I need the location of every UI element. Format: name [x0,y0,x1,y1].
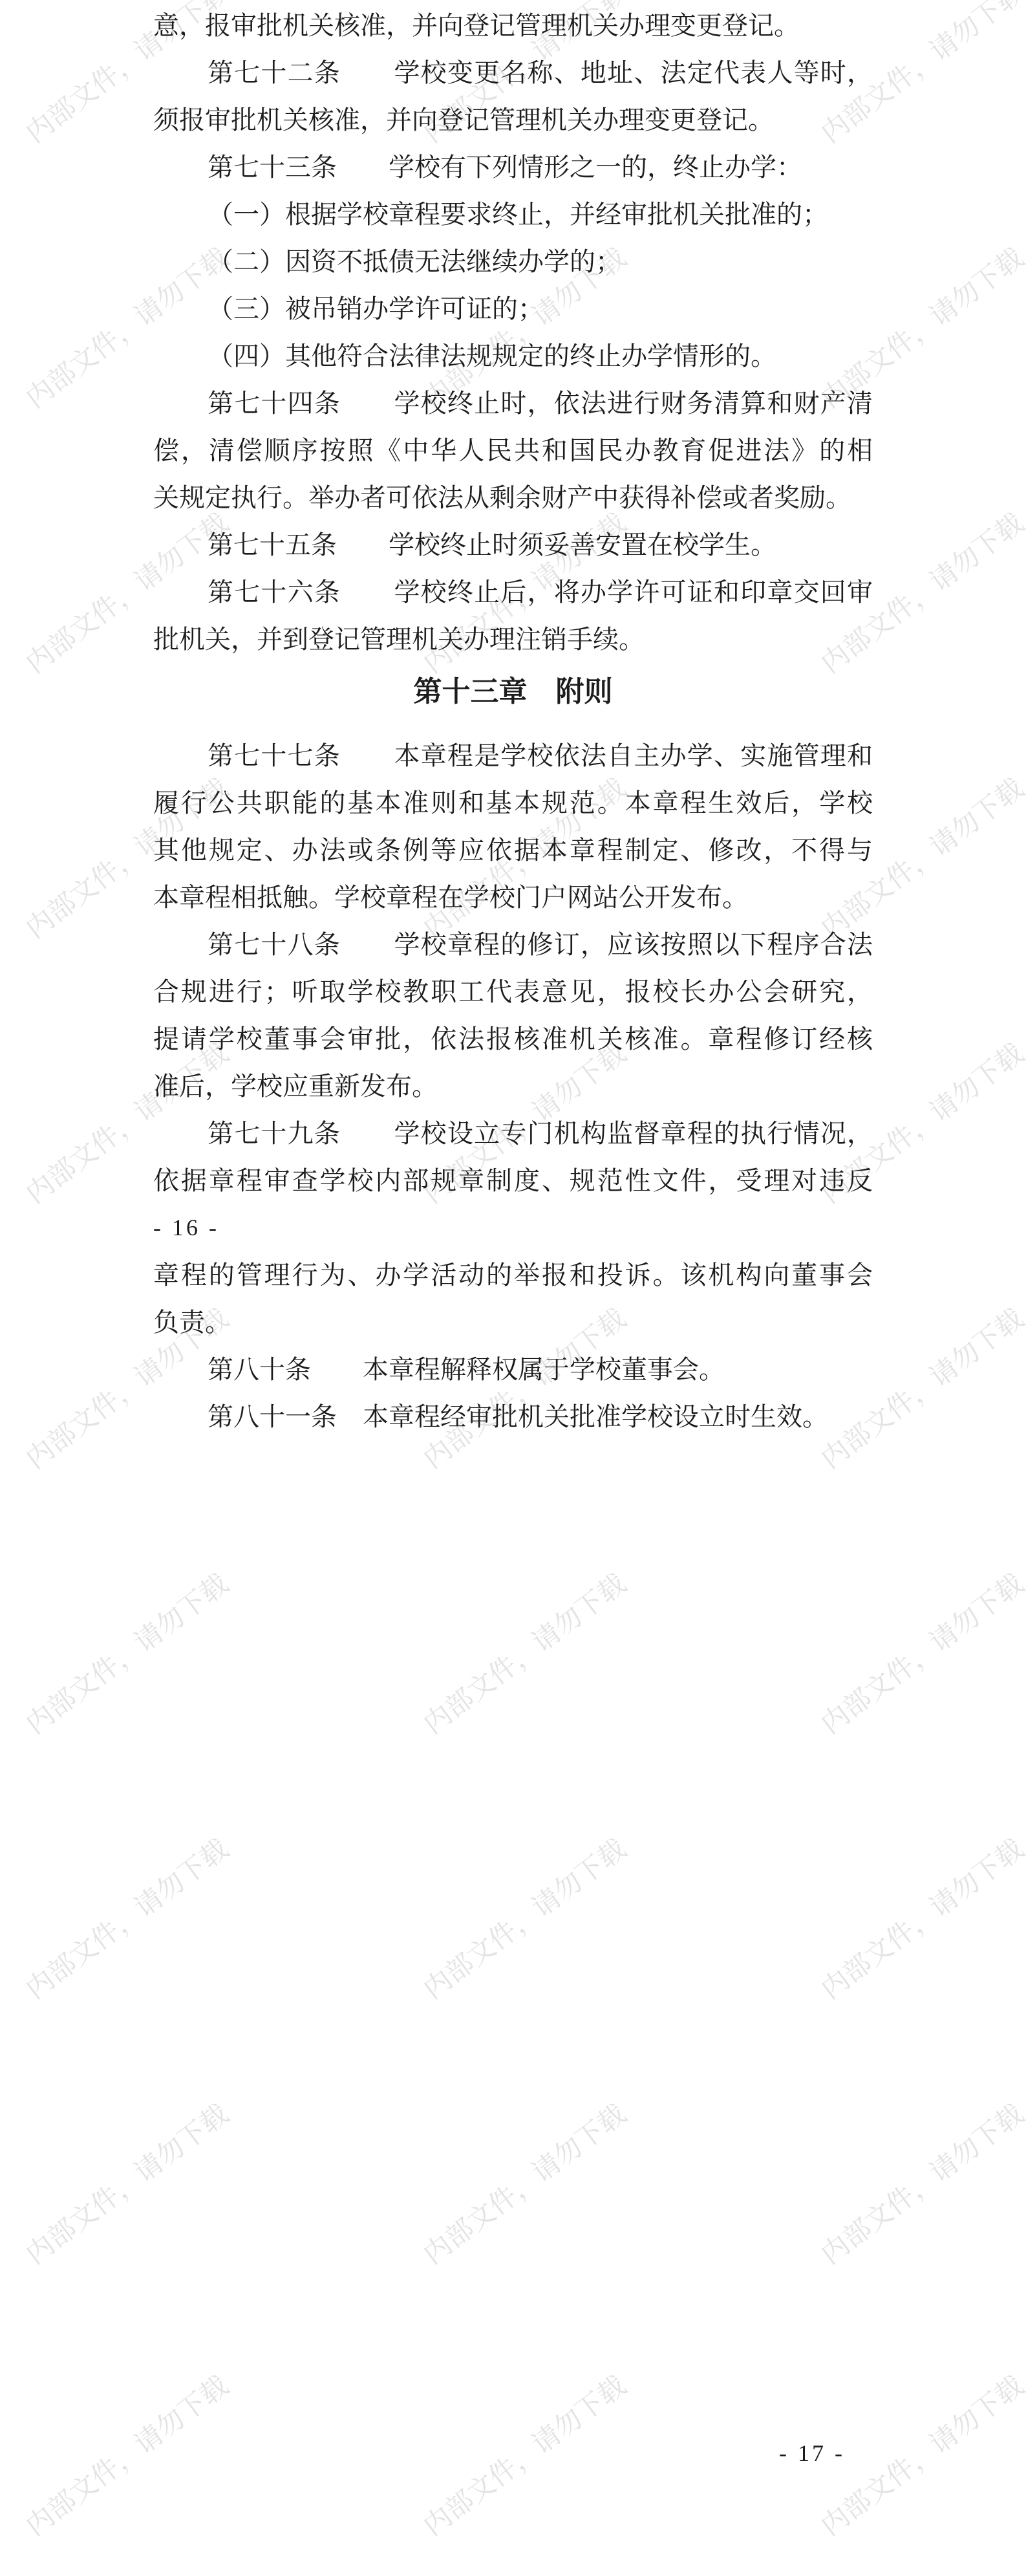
page-number-16: - 16 - [153,1204,873,1251]
body-line: 第八十一条 本章程经审批机关批准学校设立时生效。 [153,1393,873,1440]
body-line: 履行公共职能的基本准则和基本规范。本章程生效后，学校 [153,779,873,827]
body-line: 负责。 [153,1299,873,1346]
document-body: 意，报审批机关核准，并向登记管理机关办理变更登记。第七十二条 学校变更名称、地址… [153,2,873,1440]
chapter-heading: 第十三章 附则 [153,668,873,715]
body-line: 第八十条 本章程解释权属于学校董事会。 [153,1346,873,1393]
body-line: 第七十七条 本章程是学校依法自主办学、实施管理和 [153,732,873,779]
watermark-text: 内部文件，请勿下载 [812,1563,1026,1741]
body-line: （四）其他符合法律法规规定的终止办学情形的。 [153,332,873,380]
body-line: 关规定执行。举办者可依法从剩余财产中获得补偿或者奖励。 [153,474,873,521]
body-line: 第七十四条 学校终止时，依法进行财务清算和财产清 [153,380,873,427]
body-line: 其他规定、办法或条例等应依据本章程制定、修改，不得与 [153,827,873,874]
watermark-text: 内部文件，请勿下载 [414,2365,633,2543]
watermark-text: 内部文件，请勿下载 [812,1828,1026,2006]
article-number: 第七十七条 [208,741,394,770]
watermark-text: 内部文件，请勿下载 [17,2365,235,2543]
body-line: 第七十二条 学校变更名称、地址、法定代表人等时， [153,49,873,96]
body-line: 第七十三条 学校有下列情形之一的，终止办学： [153,144,873,191]
watermark-text: 内部文件，请勿下载 [17,1828,235,2006]
body-line: 第七十八条 学校章程的修订，应该按照以下程序合法 [153,921,873,968]
body-line: （三）被吊销办学许可证的； [153,285,873,332]
article-number: 第八十一条 [208,1402,363,1431]
body-line: （一）根据学校章程要求终止，并经审批机关批准的； [153,191,873,238]
body-line: 合规进行；听取学校教职工代表意见，报校长办公会研究， [153,968,873,1015]
article-number: 第八十条 [208,1355,363,1384]
body-line: 第七十九条 学校设立专门机构监督章程的执行情况， [153,1110,873,1157]
article-number: 第七十二条 [208,58,394,87]
watermark-text: 内部文件，请勿下载 [414,2094,633,2271]
article-number: 第七十九条 [208,1119,394,1148]
article-number: 第七十八条 [208,930,394,959]
article-number: 第七十五条 [208,530,389,559]
page-number-17: - 17 - [779,2440,845,2467]
watermark-text: 内部文件，请勿下载 [812,2094,1026,2271]
body-line: 第七十五条 学校终止时须妥善安置在校学生。 [153,521,873,568]
body-line: 第七十六条 学校终止后，将办学许可证和印章交回审 [153,568,873,616]
body-line: 提请学校董事会审批，依法报核准机关核准。章程修订经核 [153,1015,873,1063]
article-number: 第七十六条 [208,578,394,607]
body-line: （二）因资不抵债无法继续办学的； [153,238,873,285]
body-line: 须报审批机关核准，并向登记管理机关办理变更登记。 [153,96,873,144]
watermark-text: 内部文件，请勿下载 [17,1563,235,1741]
body-line: 意，报审批机关核准，并向登记管理机关办理变更登记。 [153,2,873,49]
watermark-text: 内部文件，请勿下载 [414,1563,633,1741]
watermark-text: 内部文件，请勿下载 [414,1828,633,2006]
watermark-text: 内部文件，请勿下载 [17,2094,235,2271]
body-line: 章程的管理行为、办学活动的举报和投诉。该机构向董事会 [153,1251,873,1299]
document-page: 内部文件，请勿下载内部文件，请勿下载内部文件，请勿下载内部文件，请勿下载内部文件… [0,0,1026,2576]
body-line: 批机关，并到登记管理机关办理注销手续。 [153,616,873,663]
body-line: 偿，清偿顺序按照《中华人民共和国民办教育促进法》的相 [153,427,873,474]
article-number: 第七十四条 [208,389,394,418]
article-number: 第七十三条 [208,153,389,182]
body-line: 本章程相抵触。学校章程在学校门户网站公开发布。 [153,874,873,921]
body-line: 准后，学校应重新发布。 [153,1063,873,1110]
body-line: 依据章程审查学校内部规章制度、规范性文件，受理对违反 [153,1157,873,1204]
